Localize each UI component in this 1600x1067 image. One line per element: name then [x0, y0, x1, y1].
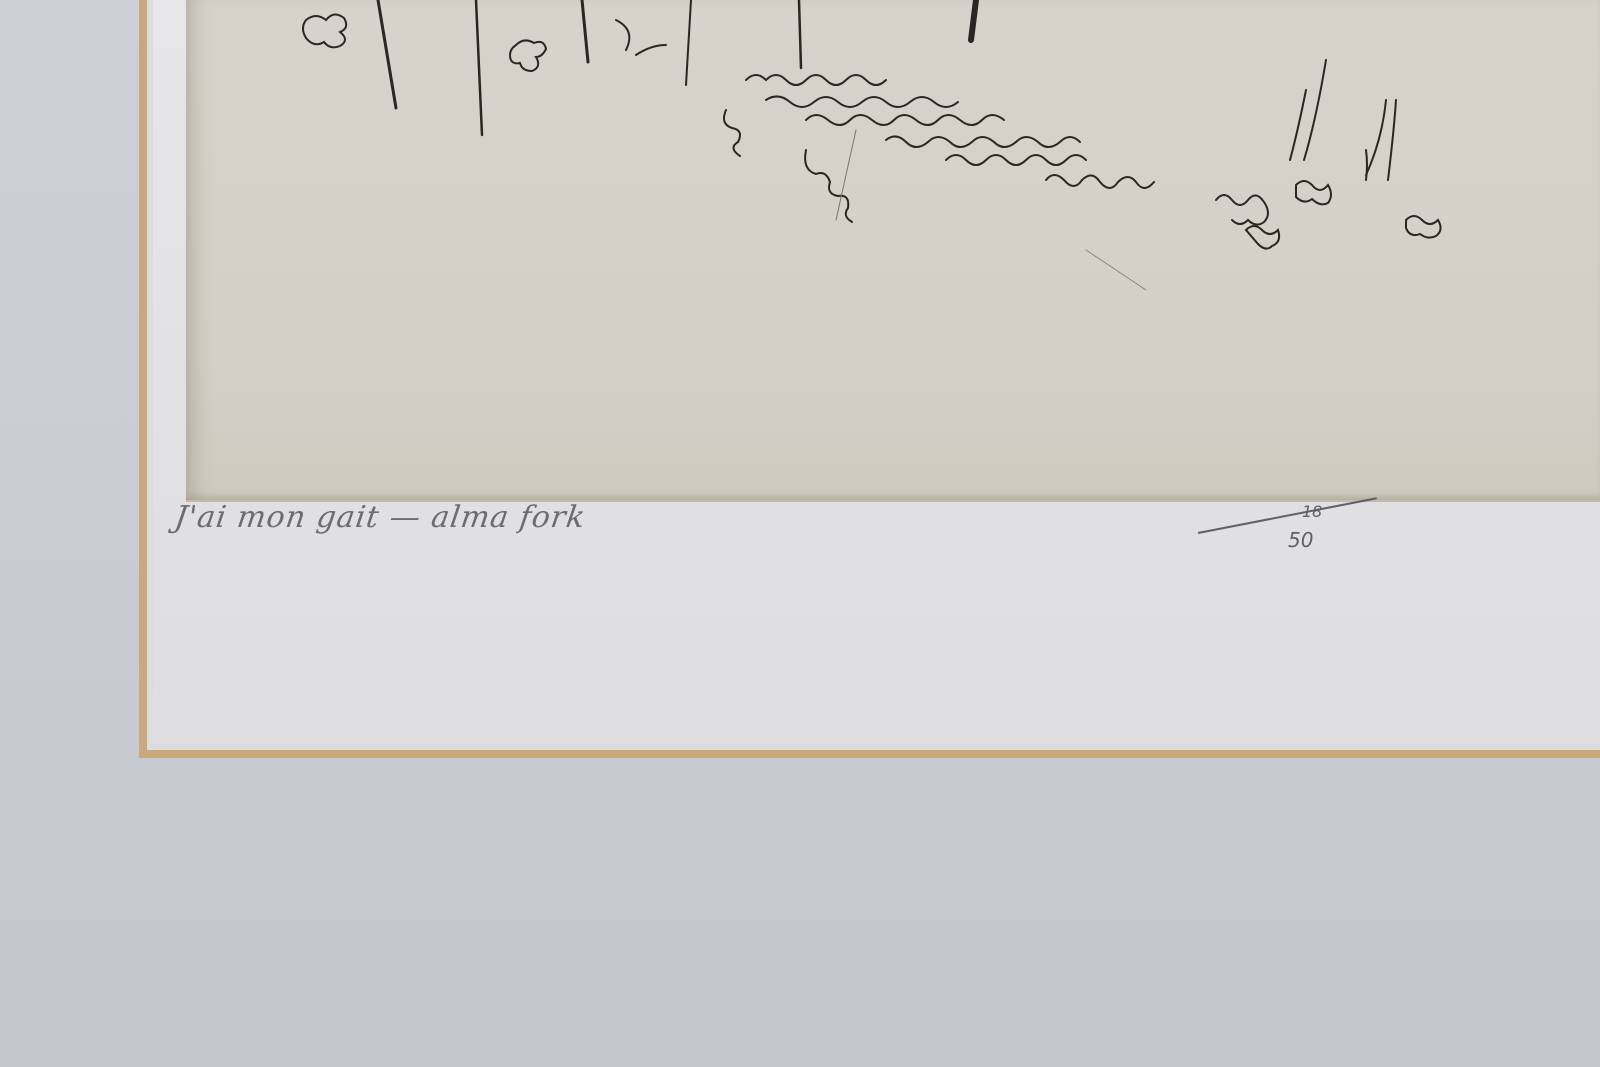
edition-number-total: 50	[1288, 528, 1313, 552]
pencil-title-inscription: J'ai mon gait — alma fork	[173, 500, 588, 535]
edition-number: 18 50	[1170, 502, 1370, 562]
etching-illustration	[186, 0, 1600, 500]
